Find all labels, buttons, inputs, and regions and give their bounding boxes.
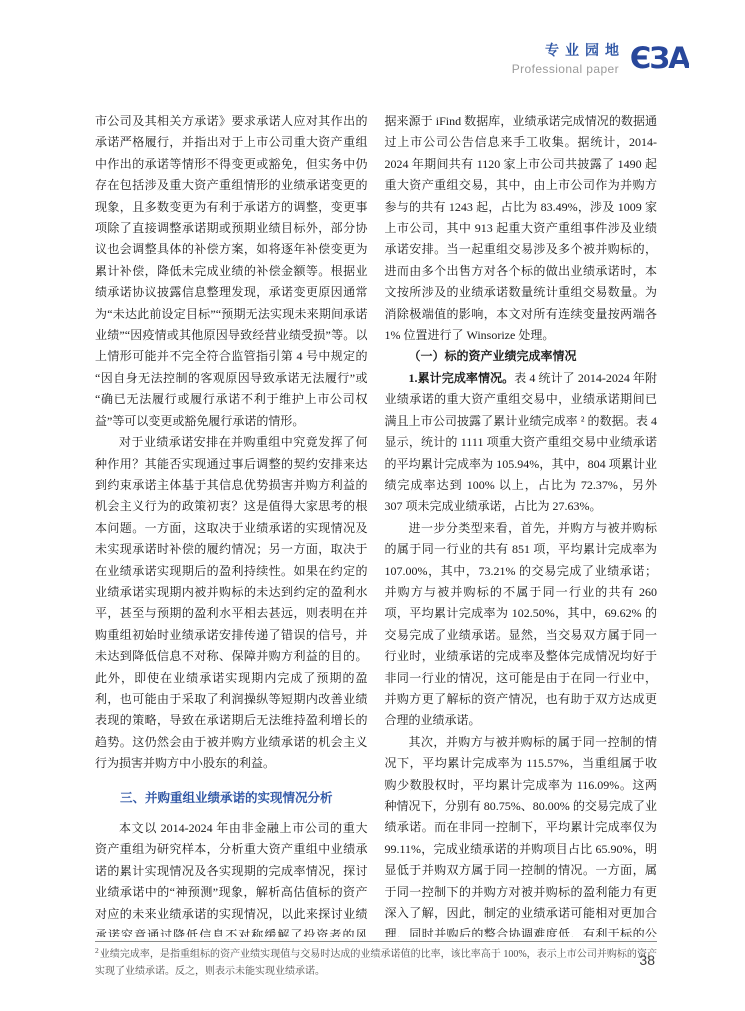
right-column: 据来源于 iFind 数据库，业绩承诺完成情况的数据通过上市公司公告信息来手工收…: [385, 111, 658, 937]
paragraph-same-control-analysis: 其次，并购方与被并购标的属于同一控制的情况下，平均累计完成率为 115.57%，…: [385, 732, 658, 937]
paragraph-data-source: 据来源于 iFind 数据库，业绩承诺完成情况的数据通过上市公司公告信息来手工收…: [385, 111, 658, 346]
footnote-marker: 2: [95, 946, 99, 955]
page-header: 专业园地 Professional paper ЄЗA: [512, 38, 689, 78]
page-number: 38: [639, 952, 655, 968]
paragraph-commitment-changes: 市公司及其相关方承诺》要求承诺人应对其作出的承诺严格履行，并指出对于上市公司重大…: [95, 111, 368, 432]
article-body: 市公司及其相关方承诺》要求承诺人应对其作出的承诺严格履行，并指出对于上市公司重大…: [95, 111, 657, 937]
footnote-divider: [95, 941, 657, 942]
paragraph-cumulative-completion-text: 表 4 统计了 2014-2024 年附业绩承诺的重大资产重组交易中，业绩承诺期…: [385, 371, 658, 513]
journal-logo-icon: ЄЗA: [629, 38, 689, 78]
subsection-heading-completion-rate: （一）标的资产业绩完成率情况: [385, 346, 658, 367]
journal-section-label-cn: 专业园地: [512, 40, 625, 60]
paragraph-same-industry-analysis: 进一步分类型来看，首先，并购方与被并购标的属于同一行业的共有 851 项，平均累…: [385, 518, 658, 732]
footnote-text: 业绩完成率，是指重组标的资产业绩实现值与交易时达成的业绩承诺值的比率，该比率高于…: [95, 949, 657, 977]
paragraph-cumulative-completion: 1.累计完成率情况。表 4 统计了 2014-2024 年附业绩承诺的重大资产重…: [385, 368, 658, 518]
journal-section-label-en: Professional paper: [512, 62, 619, 76]
run-in-heading: 1.累计完成率情况。: [409, 371, 515, 385]
paragraph-sample-description: 本文以 2014-2024 年由非金融上市公司的重大资产重组为研究样本，分析重大…: [95, 818, 368, 937]
section-heading-three: 三、并购重组业绩承诺的实现情况分析: [95, 788, 368, 809]
journal-logo-glyphs: ЄЗA: [630, 41, 689, 75]
paragraph-policy-question: 对于业绩承诺安排在并购重组中究竟发挥了何种作用？其能否实现通过事后调整的契约安排…: [95, 432, 368, 775]
footnote: 2业绩完成率，是指重组标的资产业绩实现值与交易时达成的业绩承诺值的比率，该比率高…: [95, 947, 657, 980]
left-column: 市公司及其相关方承诺》要求承诺人应对其作出的承诺严格履行，并指出对于上市公司重大…: [95, 111, 368, 937]
journal-page: 专业园地 Professional paper ЄЗA 市公司及其相关方承诺》要…: [0, 0, 745, 1011]
journal-section-block: 专业园地 Professional paper: [512, 40, 619, 76]
